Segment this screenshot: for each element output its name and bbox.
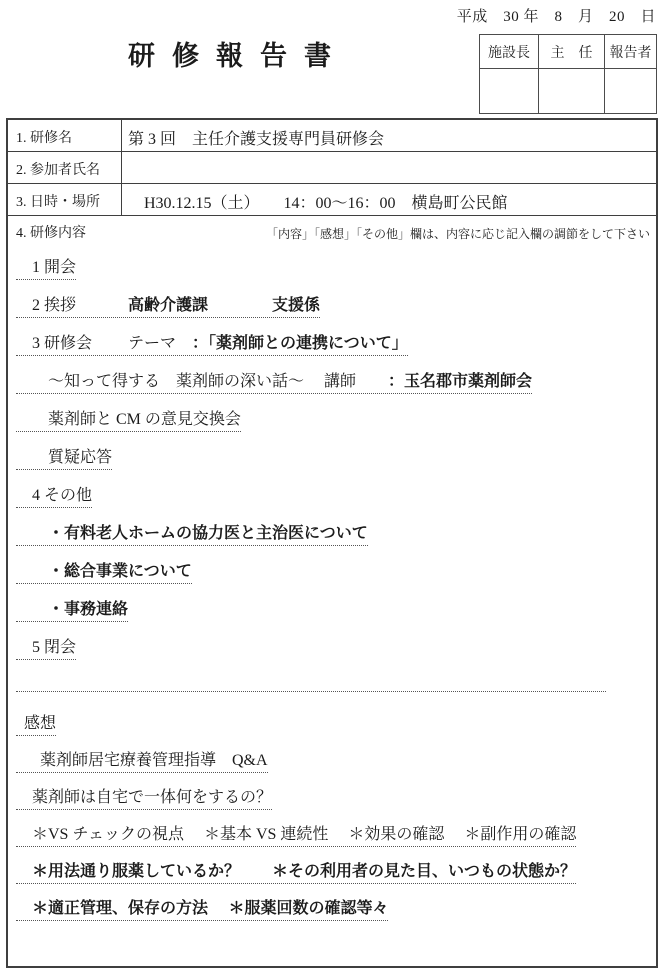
text-segment: 1 開会	[16, 259, 76, 276]
text-segment: 薬剤師は自宅で一体何をするの？	[16, 789, 272, 806]
form-row-training-name: 1. 研修名 第 3 回 主任介護支援専門員研修会	[8, 120, 656, 152]
underlined-text: 感想	[16, 714, 56, 736]
text-segment: ＊VS チェックの視点 ＊基本 VS 連続性 ＊効果の確認 ＊副作用の確認	[16, 826, 576, 843]
underlined-text: ＊用法通り服薬しているか？ ＊その利用者の見た目、いつもの状態か？	[16, 862, 576, 884]
content-line: 3 研修会 テーマ ：「薬剤師との連携について」	[16, 318, 648, 356]
section4-header: 4. 研修内容 「内容」「感想」「その他」欄は、内容に応じ記入欄の調節をして下さ…	[8, 216, 656, 246]
content-line: ～知って得する 薬剤師の深い話～ 講師 ：玉名郡市薬剤師会	[16, 356, 648, 394]
row-value: 第 3 回 主任介護支援専門員研修会	[122, 120, 656, 151]
text-segment: 2 挨拶	[16, 297, 128, 314]
underlined-text: ・有料老人ホームの協力医と主治医について	[16, 524, 368, 546]
report-page: 平成 30 年 8 月 20 日 研修報告書 施設長 主 任 報告者 1. 研修…	[0, 0, 660, 975]
underlined-text: 質疑応答	[16, 448, 112, 470]
approval-header-facility-chief: 施設長	[480, 35, 538, 68]
dotted-rule	[16, 690, 606, 692]
underlined-text: 5 閉会	[16, 638, 76, 660]
text-segment: ・総合事業について	[48, 563, 192, 580]
content-line: 薬剤師と CM の意見交換会	[16, 394, 648, 432]
underlined-text: ＊適正管理、保存の方法 ＊服薬回数の確認等々	[16, 899, 388, 921]
underlined-text: ・総合事業について	[16, 562, 192, 584]
row-label: 3. 日時・場所	[8, 184, 122, 215]
content-line: 4 その他	[16, 470, 648, 508]
content-line: 2 挨拶 高齢介護課 支援係	[16, 280, 648, 318]
section4-note: 「内容」「感想」「その他」欄は、内容に応じ記入欄の調節をして下さい	[266, 222, 650, 246]
text-segment: 高齢介護課	[128, 297, 208, 314]
section4-label: 4. 研修内容	[16, 222, 86, 246]
content-line: 感想	[16, 692, 648, 736]
text-segment	[208, 297, 272, 314]
text-segment: ～知って得する 薬剤師の深い話～ 講師	[16, 373, 388, 390]
approval-header-chief: 主 任	[538, 35, 604, 68]
content-line: 5 閉会	[16, 622, 648, 660]
text-segment: 薬剤師居宅療養管理指導 Q&A	[16, 752, 268, 769]
approval-stamp-cell	[538, 68, 604, 113]
row-label: 1. 研修名	[8, 120, 122, 151]
underlined-text: ～知って得する 薬剤師の深い話～ 講師 ：玉名郡市薬剤師会	[16, 372, 532, 394]
text-segment: 薬剤師と CM の意見交換会	[16, 411, 241, 428]
underlined-text: 薬剤師と CM の意見交換会	[16, 410, 241, 432]
content-line: ・総合事業について	[16, 546, 648, 584]
underlined-text: 2 挨拶 高齢介護課 支援係	[16, 296, 320, 318]
text-segment: ・事務連絡	[48, 601, 128, 618]
content-line: 薬剤師は自宅で一体何をするの？	[16, 773, 648, 810]
report-date: 平成 30 年 8 月 20 日	[457, 5, 656, 26]
text-segment: ・有料老人ホームの協力医と主治医について	[48, 525, 368, 542]
dotted-separator	[16, 660, 648, 692]
content-line: ・有料老人ホームの協力医と主治医について	[16, 508, 648, 546]
content-line: ＊VS チェックの視点 ＊基本 VS 連続性 ＊効果の確認 ＊副作用の確認	[16, 810, 648, 847]
underlined-text: ・事務連絡	[16, 600, 128, 622]
text-segment: 4 その他	[16, 487, 92, 504]
text-segment: ＊用法通り服薬しているか？ ＊その利用者の見た目、いつもの状態か？	[16, 863, 576, 880]
text-segment: 感想	[16, 715, 56, 732]
content-line: 1 開会	[16, 246, 648, 280]
approval-stamp-table: 施設長 主 任 報告者	[479, 34, 657, 114]
underlined-text: 薬剤師居宅療養管理指導 Q&A	[16, 751, 268, 773]
content-line: ＊適正管理、保存の方法 ＊服薬回数の確認等々	[16, 884, 648, 921]
row-label: 2. 参加者氏名	[8, 152, 122, 183]
text-segment: 支援係	[272, 297, 320, 314]
text-segment	[16, 601, 48, 618]
approval-header-reporter: 報告者	[604, 35, 656, 68]
text-segment: ＊適正管理、保存の方法 ＊服薬回数の確認等々	[16, 900, 388, 917]
underlined-text: 3 研修会 テーマ ：「薬剤師との連携について」	[16, 334, 408, 356]
row-value	[122, 152, 656, 183]
approval-stamp-cell	[480, 68, 538, 113]
text-segment: 3 研修会 テーマ	[16, 335, 192, 352]
row-value: H30.12.15（土） 14：00～16：00 横島町公民館	[122, 184, 656, 215]
page-title: 研修報告書	[128, 34, 348, 73]
content-line: 薬剤師居宅療養管理指導 Q&A	[16, 736, 648, 773]
content-lines: 1 開会 2 挨拶 高齢介護課 支援係 3 研修会 テーマ ：「薬剤師との連携に…	[8, 246, 656, 921]
approval-stamp-cell	[604, 68, 656, 113]
report-body-box: 1. 研修名 第 3 回 主任介護支援専門員研修会 2. 参加者氏名 3. 日時…	[6, 118, 658, 968]
text-segment: 質疑応答	[16, 449, 112, 466]
text-segment	[16, 525, 48, 542]
content-line: 質疑応答	[16, 432, 648, 470]
content-line: ＊用法通り服薬しているか？ ＊その利用者の見た目、いつもの状態か？	[16, 847, 648, 884]
form-row-datetime-place: 3. 日時・場所 H30.12.15（土） 14：00～16：00 横島町公民館	[8, 184, 656, 216]
text-segment: 5 閉会	[16, 639, 76, 656]
text-segment: ：「薬剤師との連携について」	[192, 335, 408, 352]
form-row-participants: 2. 参加者氏名	[8, 152, 656, 184]
underlined-text: 1 開会	[16, 258, 76, 280]
content-line: ・事務連絡	[16, 584, 648, 622]
text-segment: ：玉名郡市薬剤師会	[388, 373, 532, 390]
underlined-text: 4 その他	[16, 486, 92, 508]
underlined-text: ＊VS チェックの視点 ＊基本 VS 連続性 ＊効果の確認 ＊副作用の確認	[16, 825, 576, 847]
underlined-text: 薬剤師は自宅で一体何をするの？	[16, 788, 272, 810]
text-segment	[16, 563, 48, 580]
